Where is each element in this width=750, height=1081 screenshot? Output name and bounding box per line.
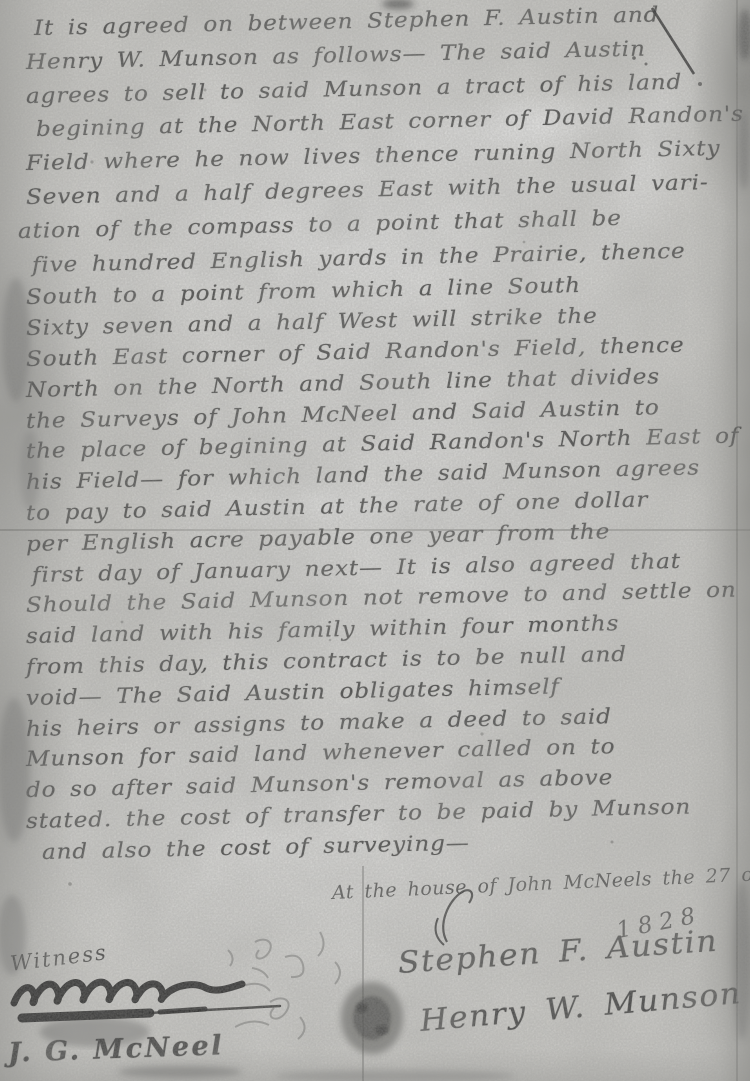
manuscript-body: It is agreed on between Stephen F. Austi… <box>26 12 740 868</box>
witness-signature-mcneel: J. G. McNeel <box>8 1030 225 1069</box>
manuscript-scan-page: It is agreed on between Stephen F. Austi… <box>0 0 750 1081</box>
bleed-through-marks <box>228 932 340 1039</box>
signature-henry-w-munson: Henry W. Munson <box>418 976 743 1039</box>
signature-stephen-f-austin: Stephen F. Austin <box>397 924 720 981</box>
seal-blot <box>341 982 403 1054</box>
witness-label: Witness <box>9 940 109 976</box>
